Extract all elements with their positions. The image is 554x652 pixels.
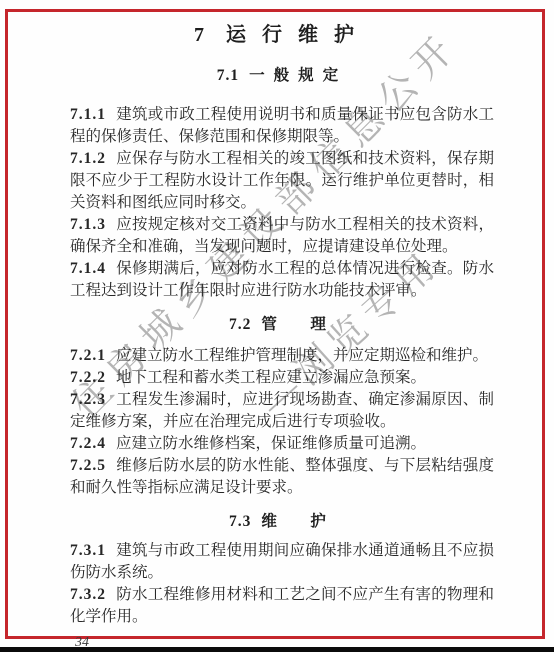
clause-number: 7.2.2 [70,369,106,386]
page-content: 7运行维护 7.1一般规定 7.1.1建筑或市政工程使用说明书和质量保证书应包含… [70,0,494,628]
clause-text: 工程发生渗漏时，应进行现场勘查、确定渗漏原因、制定维修方案，并应在治理完成后进行… [70,391,494,430]
clause-number: 7.1.4 [70,260,106,277]
clause-7-2-1: 7.2.1应建立防水工程维护管理制度，并应定期巡检和维护。 [70,345,494,367]
clause-text: 防水工程维修用材料和工艺之间不应产生有害的物理和化学作用。 [70,586,494,625]
clause-7-2-4: 7.2.4应建立防水维修档案，保证维修质量可追溯。 [70,433,494,455]
clause-7-2-2: 7.2.2地下工程和蓄水类工程应建立渗漏应急预案。 [70,367,494,389]
section-number: 7.1 [217,67,239,84]
clause-text: 应按规定核对交工资料中与防水工程相关的技术资料，确保齐全和准确，当发现问题时，应… [70,216,494,255]
clause-number: 7.1.2 [70,150,106,167]
clause-7-1-3: 7.1.3应按规定核对交工资料中与防水工程相关的技术资料，确保齐全和准确，当发现… [70,214,494,258]
clause-text: 地下工程和蓄水类工程应建立渗漏应急预案。 [116,369,426,386]
clause-number: 7.2.5 [70,457,106,474]
section-title: 维 护 [261,513,335,530]
clause-text: 应建立防水工程维护管理制度，并应定期巡检和维护。 [116,347,488,364]
clause-number: 7.3.2 [70,586,106,603]
chapter-title: 运行维护 [226,24,370,46]
clause-number: 7.2.1 [70,347,106,364]
section-heading-7-2: 7.2管 理 [70,315,494,335]
clause-text: 应保存与防水工程相关的竣工图纸和技术资料，保存期限不应少于工程防水设计工作年限。… [70,150,494,211]
clause-7-1-1: 7.1.1建筑或市政工程使用说明书和质量保证书应包含防水工程的保修责任、保修范围… [70,104,494,148]
clause-7-1-2: 7.1.2应保存与防水工程相关的竣工图纸和技术资料，保存期限不应少于工程防水设计… [70,148,494,214]
clause-number: 7.2.4 [70,435,106,452]
section-number: 7.2 [229,316,251,333]
section-heading-7-3: 7.3维 护 [70,512,494,532]
section-number: 7.3 [229,513,251,530]
clause-7-3-1: 7.3.1建筑与市政工程使用期间应确保排水通道通畅且不应损伤防水系统。 [70,540,494,584]
chapter-number: 7 [194,24,204,46]
section-title: 管 理 [261,316,335,333]
clause-number: 7.2.3 [70,391,106,408]
screen-bottom-edge [0,647,554,652]
clause-7-1-4: 7.1.4保修期满后，应对防水工程的总体情况进行检查。防水工程达到设计工作年限时… [70,258,494,302]
clause-text: 建筑与市政工程使用期间应确保排水通道通畅且不应损伤防水系统。 [70,542,494,581]
clause-7-3-2: 7.3.2防水工程维修用材料和工艺之间不应产生有害的物理和化学作用。 [70,584,494,628]
clause-number: 7.1.1 [70,106,106,123]
chapter-heading: 7运行维护 [70,22,494,48]
document-page: 住房城乡建设部信息公开 —浏览专用 7运行维护 7.1一般规定 7.1.1建筑或… [0,0,554,652]
clause-number: 7.3.1 [70,542,106,559]
clause-number: 7.1.3 [70,216,106,233]
clause-text: 建筑或市政工程使用说明书和质量保证书应包含防水工程的保修责任、保修范围和保修期限… [70,106,494,145]
section-title: 一般规定 [249,67,347,84]
section-heading-7-1: 7.1一般规定 [70,66,494,86]
clause-text: 应建立防水维修档案，保证维修质量可追溯。 [116,435,426,452]
clause-text: 保修期满后，应对防水工程的总体情况进行检查。防水工程达到设计工作年限时应进行防水… [70,260,494,299]
clause-7-2-3: 7.2.3工程发生渗漏时，应进行现场勘查、确定渗漏原因、制定维修方案，并应在治理… [70,389,494,433]
clause-7-2-5: 7.2.5维修后防水层的防水性能、整体强度、与下层粘结强度和耐久性等指标应满足设… [70,455,494,499]
clause-text: 维修后防水层的防水性能、整体强度、与下层粘结强度和耐久性等指标应满足设计要求。 [70,457,494,496]
